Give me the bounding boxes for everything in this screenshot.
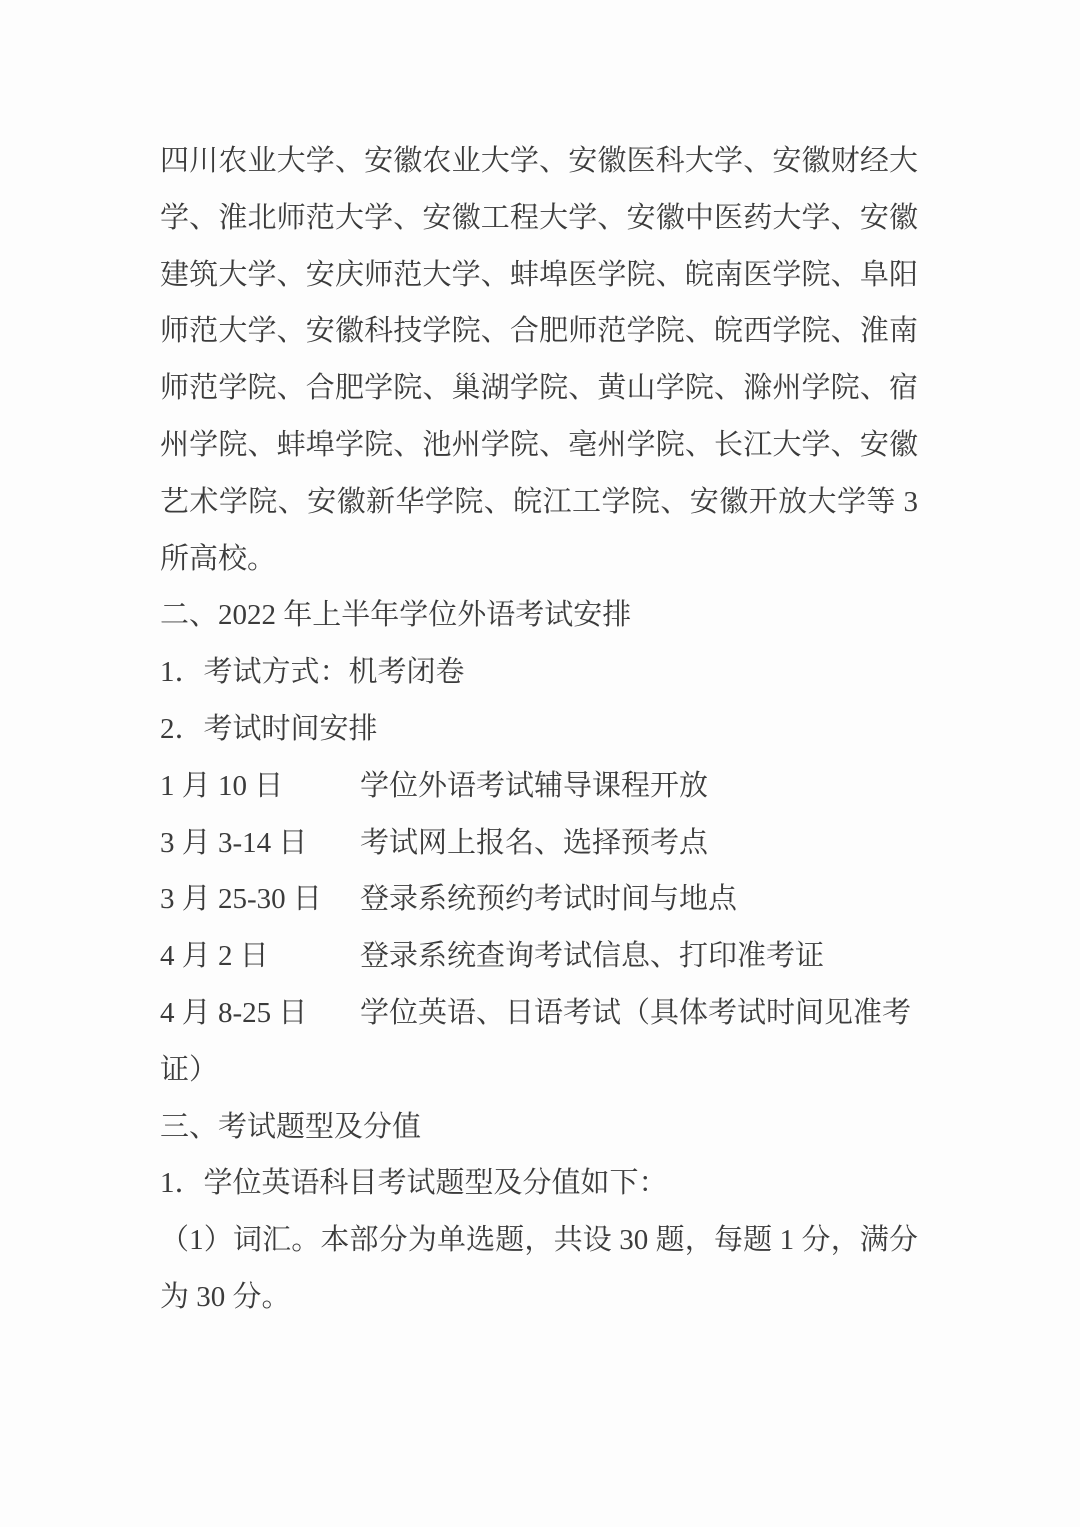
schedule-continuation: 证）	[160, 1042, 918, 1099]
schedule-desc: 学位英语、日语考试（具体考试时间见准考	[360, 985, 918, 1042]
question-types-item: 1．学位英语科目考试题型及分值如下：	[160, 1155, 918, 1212]
schedule-row: 4 月 8-25 日 学位英语、日语考试（具体考试时间见准考	[160, 985, 918, 1042]
intro-line: 师范学院、合肥学院、巢湖学院、黄山学院、滁州学院、宿	[160, 360, 918, 417]
schedule-row: 1 月 10 日 学位外语考试辅导课程开放	[160, 758, 918, 815]
vocab-line: （1）词汇。本部分为单选题，共设 30 题，每题 1 分，满分	[160, 1212, 918, 1269]
document-body: 四川农业大学、安徽农业大学、安徽医科大学、安徽财经大 学、淮北师范大学、安徽工程…	[160, 133, 918, 1326]
schedule-desc: 登录系统查询考试信息、打印准考证	[360, 928, 918, 985]
schedule-row: 3 月 3-14 日 考试网上报名、选择预考点	[160, 815, 918, 872]
schedule-date: 3 月 25-30 日	[160, 871, 360, 928]
intro-line: 师范大学、安徽科技学院、合肥师范学院、皖西学院、淮南	[160, 303, 918, 360]
intro-line: 州学院、蚌埠学院、池州学院、亳州学院、长江大学、安徽	[160, 417, 918, 474]
schedule-desc: 考试网上报名、选择预考点	[360, 815, 918, 872]
section2-heading: 二、2022 年上半年学位外语考试安排	[160, 587, 918, 644]
intro-line: 艺术学院、安徽新华学院、皖江工学院、安徽开放大学等 33	[160, 474, 918, 531]
exam-method-item: 1．考试方式：机考闭卷	[160, 644, 918, 701]
document-page: 四川农业大学、安徽农业大学、安徽医科大学、安徽财经大 学、淮北师范大学、安徽工程…	[0, 0, 1080, 1527]
intro-line: 四川农业大学、安徽农业大学、安徽医科大学、安徽财经大	[160, 133, 918, 190]
section3-heading: 三、考试题型及分值	[160, 1099, 918, 1156]
schedule-row: 3 月 25-30 日 登录系统预约考试时间与地点	[160, 871, 918, 928]
vocab-line-last: 为 30 分。	[160, 1269, 918, 1326]
exam-time-item: 2．考试时间安排	[160, 701, 918, 758]
schedule-desc: 学位外语考试辅导课程开放	[360, 758, 918, 815]
intro-line: 学、淮北师范大学、安徽工程大学、安徽中医药大学、安徽	[160, 190, 918, 247]
schedule-desc: 登录系统预约考试时间与地点	[360, 871, 918, 928]
schedule-date: 1 月 10 日	[160, 758, 360, 815]
intro-line-last: 所高校。	[160, 531, 918, 588]
intro-line: 建筑大学、安庆师范大学、蚌埠医学院、皖南医学院、阜阳	[160, 247, 918, 304]
schedule-date: 4 月 8-25 日	[160, 985, 360, 1042]
schedule-date: 3 月 3-14 日	[160, 815, 360, 872]
schedule-date: 4 月 2 日	[160, 928, 360, 985]
schedule-row: 4 月 2 日 登录系统查询考试信息、打印准考证	[160, 928, 918, 985]
